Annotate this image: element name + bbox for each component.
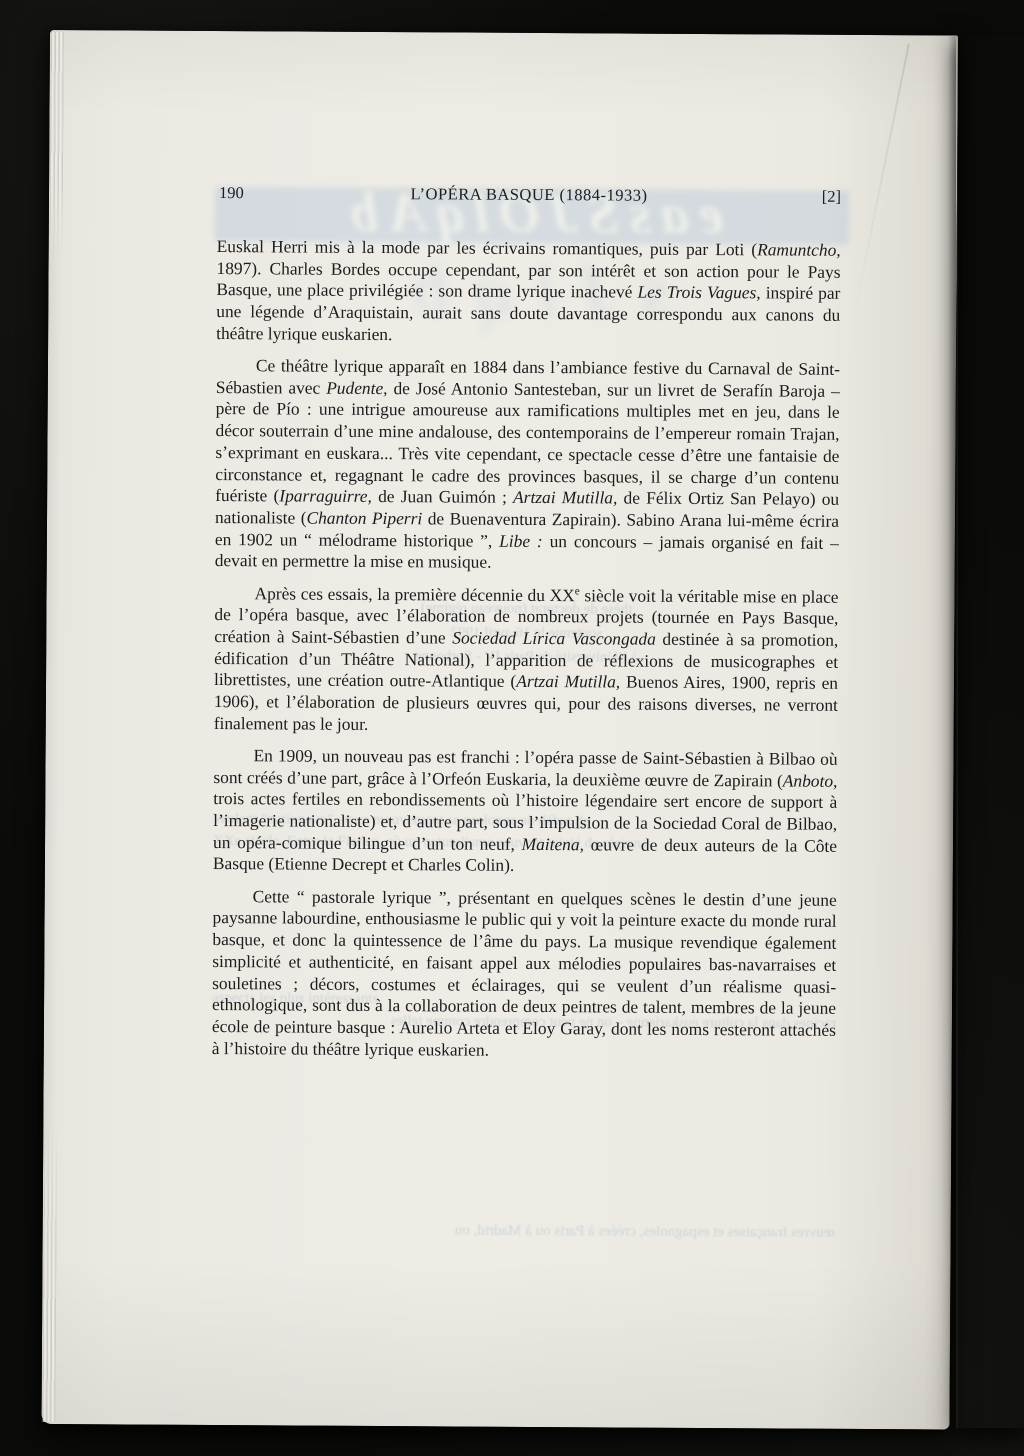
paragraph: Ce théâtre lyrique apparaît en 1884 dans… <box>215 355 840 576</box>
paragraph: En 1909, un nouveau pas est franchi : l’… <box>213 745 838 879</box>
show-through-line: œuvres françaises et espagnoles, créées … <box>211 1219 835 1243</box>
book-right-page <box>956 36 1024 1428</box>
paragraph: Euskal Herri mis à la mode par les écriv… <box>216 236 841 348</box>
section-reference: [2] <box>822 187 841 207</box>
paragraph: Après ces essais, la première décennie d… <box>214 583 839 739</box>
gutter-shadow <box>948 36 958 1428</box>
page-edge-stack-bottom <box>42 1122 57 1422</box>
page-header: 190 L’OPÉRA BASQUE (1884-1933) [2] <box>217 183 841 211</box>
show-through-lines: thèse de doctorat (nouveau régime)souten… <box>50 30 958 36</box>
running-title: L’OPÉRA BASQUE (1884-1933) <box>217 183 841 207</box>
book-left-page: easSJOlqAb sJlqb thèse de doctorat (nouv… <box>41 30 957 1430</box>
page-crease <box>849 43 910 338</box>
book-photo: easSJOlqAb sJlqb thèse de doctorat (nouv… <box>0 0 1024 1456</box>
page-edge-stack-top <box>50 32 64 262</box>
paragraph: Cette “ pastorale lyrique ”, présentant … <box>212 886 837 1063</box>
page-text: Euskal Herri mis à la mode par les écriv… <box>212 236 841 1074</box>
